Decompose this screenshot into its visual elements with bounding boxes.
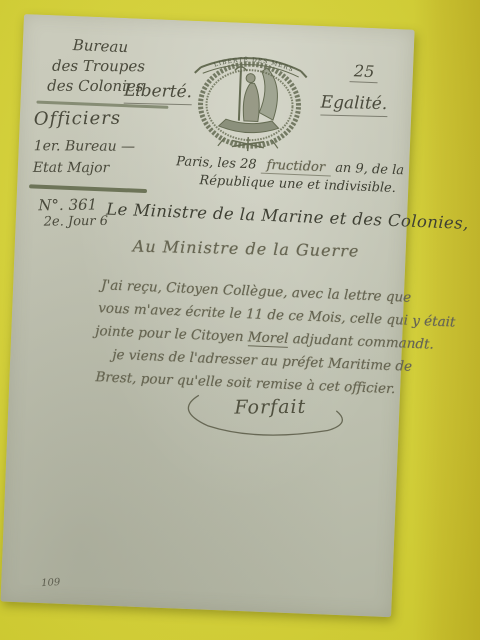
registry-number-line2: 2e. Jour 6 bbox=[44, 214, 108, 230]
dateline-month: fructidor bbox=[260, 158, 331, 177]
letter-salutation: Au Ministre de la Guerre bbox=[133, 237, 360, 261]
registry-number: N°. 361 bbox=[38, 196, 97, 215]
etat-major-rule bbox=[29, 184, 147, 193]
marine-vignette-engraving: LIBERTÉ DES MERS bbox=[182, 39, 318, 156]
photo-background: Bureau des Troupes des Colonies Liberté.… bbox=[0, 0, 480, 640]
dateline-year: an 9, de la bbox=[335, 161, 404, 179]
bureau-heading-line2: des Troupes bbox=[52, 57, 145, 75]
body-line3-pre: jointe pour le Citoyen bbox=[95, 323, 248, 345]
recipient-name: Morel bbox=[247, 329, 288, 348]
bottom-left-mark: 109 bbox=[41, 577, 61, 589]
premier-bureau-line: 1er. Bureau — bbox=[34, 138, 135, 155]
etat-major-line: Etat Major bbox=[33, 160, 110, 176]
dateline-place: Paris, les 28 bbox=[176, 154, 257, 172]
body-line3-post: adjudant commandt. bbox=[288, 331, 434, 353]
document-paper: Bureau des Troupes des Colonies Liberté.… bbox=[0, 14, 414, 617]
officiers-script: Officiers bbox=[34, 108, 121, 130]
liberte-script: Liberté. bbox=[124, 81, 193, 106]
letter-title: Le Ministre de la Marine et des Colonies… bbox=[106, 199, 469, 233]
marine-vignette: LIBERTÉ DES MERS bbox=[181, 39, 318, 160]
folio-number: 25 bbox=[350, 61, 379, 83]
egalite-script: Egalité. bbox=[320, 93, 387, 118]
bureau-heading-line1: Bureau bbox=[72, 36, 128, 56]
signature-name: Forfait bbox=[234, 396, 306, 419]
signature-block: Forfait bbox=[177, 381, 359, 444]
